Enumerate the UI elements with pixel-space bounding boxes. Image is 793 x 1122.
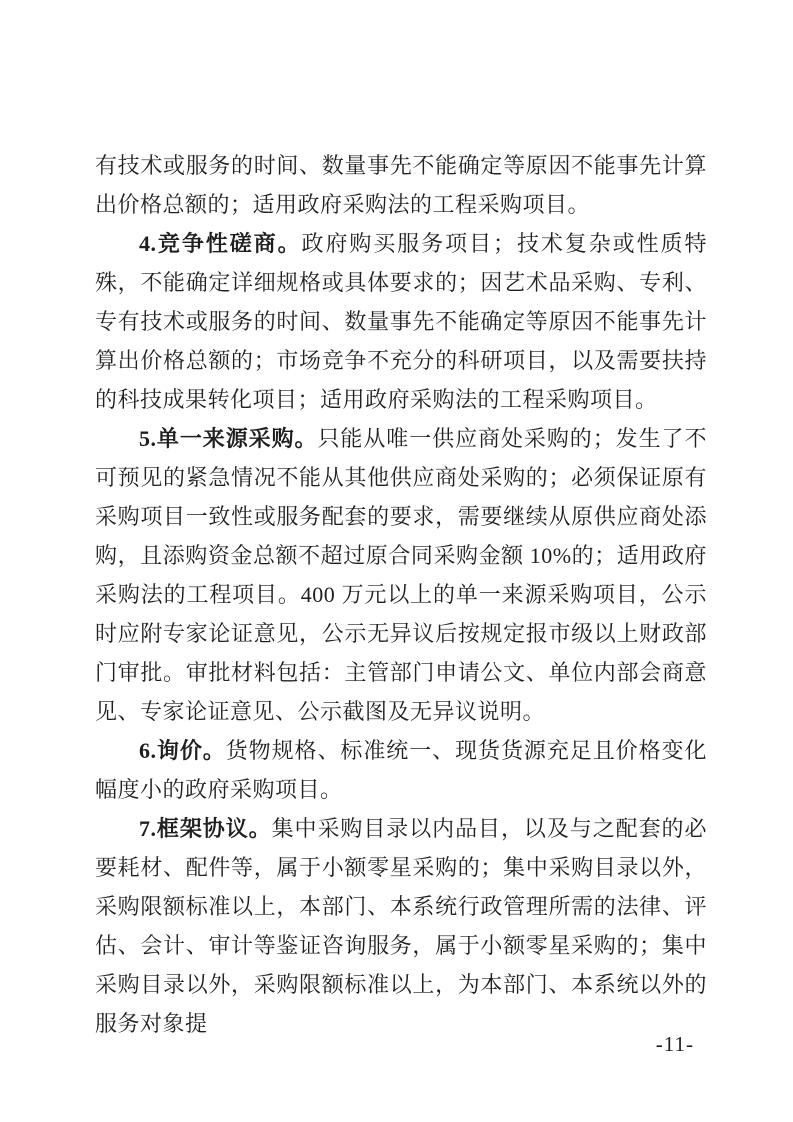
paragraph-lead: 4.竞争性磋商。: [139, 231, 302, 256]
paragraph-item-7: 7.框架协议。集中采购目录以内品目，以及与之配套的必要耗材、配件等，属于小额零星…: [95, 809, 707, 1043]
paragraph-text: 有技术或服务的时间、数量事先不能确定等原因不能事先计算出价格总额的；适用政府采购…: [95, 153, 707, 217]
paragraph-text: 只能从唯一供应商处采购的；发生了不可预见的紧急情况不能从其他供应商处采购的；必须…: [95, 426, 707, 724]
paragraph-item-5: 5.单一来源采购。只能从唯一供应商处采购的；发生了不可预见的紧急情况不能从其他供…: [95, 419, 707, 731]
page-number: -11-: [656, 1030, 694, 1058]
paragraph-text: 政府购买服务项目；技术复杂或性质特殊，不能确定详细规格或具体要求的；因艺术品采购…: [95, 231, 707, 412]
paragraph-item-4: 4.竞争性磋商。政府购买服务项目；技术复杂或性质特殊，不能确定详细规格或具体要求…: [95, 224, 707, 419]
paragraph-lead: 7.框架协议。: [139, 816, 272, 841]
paragraph-lead: 5.单一来源采购。: [139, 426, 318, 451]
paragraph-continuation: 有技术或服务的时间、数量事先不能确定等原因不能事先计算出价格总额的；适用政府采购…: [95, 146, 707, 224]
document-body-text: 有技术或服务的时间、数量事先不能确定等原因不能事先计算出价格总额的；适用政府采购…: [95, 146, 707, 1043]
paragraph-lead: 6.询价。: [139, 738, 226, 763]
paragraph-item-6: 6.询价。货物规格、标准统一、现货货源充足且价格变化幅度小的政府采购项目。: [95, 731, 707, 809]
document-page: 有技术或服务的时间、数量事先不能确定等原因不能事先计算出价格总额的；适用政府采购…: [0, 0, 793, 1122]
paragraph-text: 集中采购目录以内品目，以及与之配套的必要耗材、配件等，属于小额零星采购的；集中采…: [95, 816, 707, 1036]
